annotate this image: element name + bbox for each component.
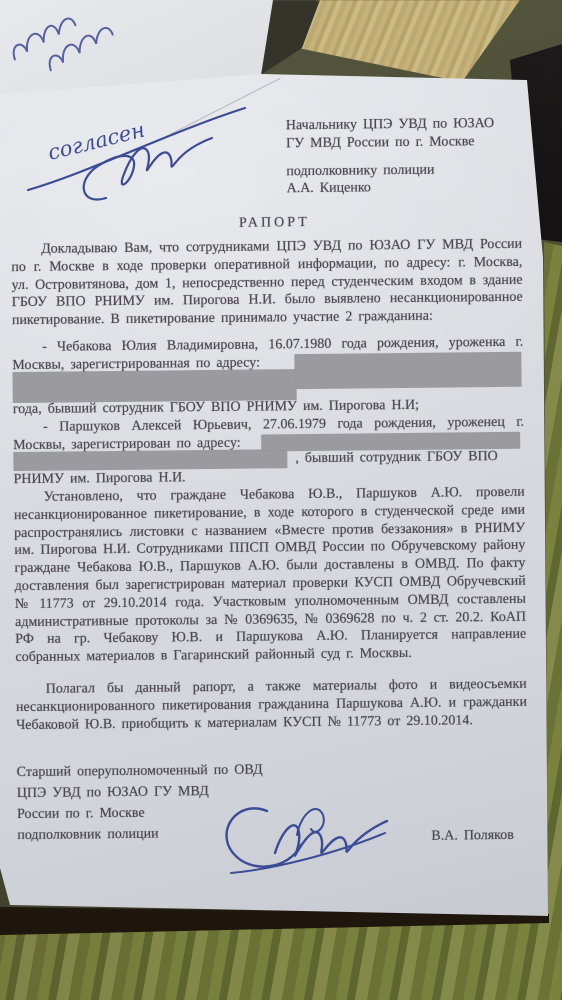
report-title: РАПОРТ bbox=[239, 214, 310, 233]
photo-of-report-document: { "document": { "addressee_line1": "Нача… bbox=[0, 0, 562, 1000]
signoff-line: Старший оперуполномоченный по ОВД bbox=[17, 759, 263, 783]
addressee-line: ГУ МВД России по г. Москве bbox=[286, 132, 528, 152]
paragraph-conclusion: Полагал бы данный рапорт, а также матери… bbox=[16, 676, 528, 735]
addressee-line: Начальнику ЦПЭ УВД по ЮЗАО bbox=[286, 115, 528, 135]
officer-signature bbox=[205, 783, 405, 883]
redaction-block bbox=[294, 352, 521, 389]
redaction-block bbox=[13, 449, 287, 471]
addressee-block: Начальнику ЦПЭ УВД по ЮЗАО ГУ МВД России… bbox=[286, 115, 529, 199]
rank-line: А.А. Киценко bbox=[286, 178, 528, 198]
item-parshukov-mid: , бывший сотрудник ГБОУ ВПО bbox=[295, 448, 498, 468]
item-parshukov-tail: РНИМУ им. Пирогова Н.И. bbox=[13, 469, 185, 489]
paragraph-findings: Установлено, что граждане Чебакова Ю.В.,… bbox=[14, 484, 527, 667]
signer-name: В.А. Поляков bbox=[431, 827, 514, 846]
paragraph-intro: Докладываю Вам, что сотрудниками ЦПЭ УВД… bbox=[11, 236, 523, 330]
addressee-rank-block: подполковнику полиции А.А. Киценко bbox=[286, 160, 528, 198]
